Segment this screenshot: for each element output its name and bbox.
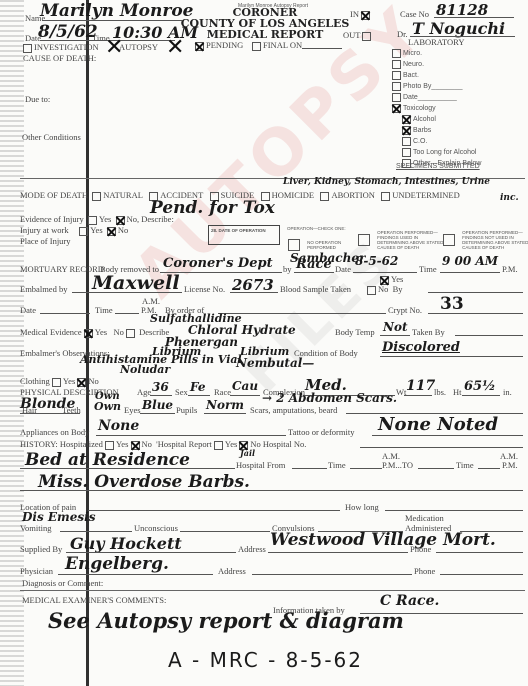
eyes-label: Eyes [124,405,141,415]
race-label: Race [214,387,231,397]
appliances-line [96,435,286,436]
no-label: No [378,284,388,294]
lab-sub-alcohol[interactable]: Alcohol [392,114,481,125]
to-time-line [478,468,500,469]
sex-line [188,395,210,396]
mode-abortion-checkbox[interactable] [320,192,329,201]
mortuary-date-value: 8-5-62 [355,254,398,268]
lab-item-label: Too Long for Alcohol [413,149,476,156]
history-row: HISTORY: Hospitalized Yes No 'Hospital R… [20,439,306,450]
lab-item-neuro[interactable]: Neuro. [392,59,481,70]
age-value: 36 [152,380,169,394]
yes-label: Yes [63,376,75,386]
physician-phone-label: Phone [414,566,435,576]
physician-address-label: Address [218,566,246,576]
height-line [462,395,500,396]
final-on-status: FINAL ON [252,40,302,51]
evidence-no-checkbox[interactable] [116,216,125,225]
mortuary-time-line [440,272,500,273]
case-no-line [434,17,514,18]
lab-checkbox[interactable] [402,148,411,157]
medical-evidence-label: Medical Evidence [20,327,82,337]
hospital-from-line [292,468,327,469]
clothing-row: Clothing Yes No [20,376,99,387]
race-value: Cau [232,379,258,393]
pm-text: P.M. [382,460,398,470]
medication-label: Medication [405,513,444,523]
yes-label: Yes [95,327,107,337]
unconscious-line [180,531,270,532]
operation-option-label: OPERATION PERFORMED—FINDINGS NOT USED IN… [462,230,528,250]
hospitalized-label: Hospitalized [60,439,103,449]
sex-value: Fe [190,380,206,394]
dr-label: Dr. [397,29,408,39]
supplied-by-value: Guy Hockett [70,534,182,553]
supplied-address-line [268,552,408,553]
mode-option-label: HOMICIDE [272,190,315,200]
mortuary-date-line [353,272,417,273]
autopsy-label[interactable]: AUTOPSY [119,42,158,52]
medical-examiner-comments-label: MEDICAL EXAMINER'S COMMENTS: [22,595,166,605]
tattoo-label: Tattoo or deformity [288,427,354,437]
investigation-checkbox[interactable] [23,44,32,53]
lab-item-label: Barbs [413,127,431,134]
lab-sub-too-long[interactable]: Too Long for Alcohol [392,147,481,158]
mode-option-label: UNDETERMINED [392,190,460,200]
operation-check-label: OPERATION—CHECK ONE: [287,226,346,231]
taken-by-line [455,335,523,336]
final-on-line [302,48,342,49]
pm-label: P.M. [502,264,518,274]
due-to-label: Due to: [25,94,50,104]
at-work-no-checkbox[interactable] [107,227,116,236]
operation-option-not-used[interactable]: OPERATION PERFORMED—FINDINGS NOT USED IN… [443,229,528,250]
lab-checkbox[interactable] [392,82,401,91]
blood-no-checkbox[interactable] [367,286,376,295]
diagnosis-label: Diagnosis or Comment: [22,578,103,588]
physician-label: Physician [20,566,53,576]
embalmed-by-label: Embalmed by [20,284,67,294]
to-time-label: Time [456,460,474,470]
left-margin-noise [0,0,24,686]
race-line [230,395,260,396]
no-label: No [88,376,98,386]
hospitalized-yes-checkbox[interactable] [105,441,114,450]
name-value: Marilyn Monroe [40,1,194,21]
hospital-from-label: Hospital From [236,460,285,470]
other-conditions-label: Other Conditions [22,132,81,142]
supplied-phone-line [436,552,523,553]
information-taken-by-value: C Race. [380,593,439,609]
blood-yes-option[interactable]: Yes [380,274,403,285]
pm-label-2: P.M. [502,460,518,470]
physician-phone-line [440,574,523,575]
lab-item-label: C.O. [413,138,427,145]
date-of-operation-label: 28. DATE OF OPERATION [209,226,279,235]
supplied-address-label: Address [238,544,266,554]
blood-no-option[interactable]: No By [367,284,403,295]
final-on-label: FINAL ON [263,40,302,50]
to-line [418,468,454,469]
operation-not-used-checkbox[interactable] [443,234,455,246]
condition-of-body-value: Discolored [382,340,460,355]
no-describe-label: No, Describe: [127,214,174,224]
vomiting-label: Vomiting [20,523,52,533]
by-order-of-line [218,313,386,314]
mode-option-label: ABORTION [331,190,374,200]
evidence-of-injury-row: Evidence of Injury Yes No, Describe: [20,214,174,225]
specimens-submitted-label: SPECIMENS SUBMITTED [396,163,480,170]
drug-nembutal: Nembutal— [236,356,314,370]
how-long-label: How long [345,502,379,512]
operation-option-used[interactable]: OPERATION PERFORMED—FINDINGS USED IN DET… [358,229,445,250]
place-of-injury-label: Place of Injury [20,236,71,246]
appliances-label: Appliances on Body [20,427,89,437]
lab-item-photo-by[interactable]: Photo By________ [392,81,481,92]
hospital-time-line [350,468,382,469]
teeth-label: Teeth [62,405,81,415]
sex-label: Sex [175,387,188,397]
mortuary-date-label: Date [335,264,351,274]
scars-label: Scars, amputations, beard [250,405,337,415]
yes-label: Yes [90,225,102,235]
teeth-value: Own [94,400,121,413]
injury-at-work-label: Injury at work [20,225,69,235]
pupils-line [204,413,246,414]
clothing-yes-checkbox[interactable] [52,378,61,387]
lab-item-label: Date [403,94,418,101]
by-line [294,272,334,273]
history-line1 [20,468,235,469]
laboratory-list: Micro. Neuro. Bact. Photo By________ Dat… [392,48,481,169]
lab-item-micro[interactable]: Micro. [392,48,481,59]
hospitalized-no-checkbox[interactable] [131,441,140,450]
supplied-address-value: Westwood Village Mort. [270,530,496,550]
physician-value: Engelberg. [65,554,169,574]
coroner-medical-report: AUTOPSY FILES Marilyn Monroe Autopsy Rep… [0,0,528,686]
yes-label: Yes [116,439,128,449]
specimens-handwritten: Liver, Kidney, Stomach, Intestines, Urin… [283,177,490,187]
taken-by-label: Taken By [412,327,445,337]
evidence-of-injury-label: Evidence of Injury [20,214,84,224]
hospital-no-line [360,447,523,448]
no-label: No [113,327,123,337]
lab-checkbox[interactable] [402,137,411,146]
yes-label: Yes [391,274,403,284]
lab-item-label: Toxicology [403,105,436,112]
operation-option-label: NO OPERATION PERFORMED [307,240,347,250]
lab-checkbox[interactable] [392,60,401,69]
lbs-label: lbs. [434,387,446,397]
physician-address-line [252,574,412,575]
mortuary-time-label: Time [419,264,437,274]
undetermined-note: inc. [500,193,519,203]
yes-label: Yes [225,439,237,449]
lab-item-date[interactable]: Date__________ [392,92,481,103]
no-label: No [142,439,152,449]
injury-at-work-row: Injury at work Yes No [20,225,128,236]
case-no-label: Case No [400,9,429,19]
license-label: License No. [184,284,225,294]
body-temp-value: Not [383,320,408,334]
history-line1-value: Bed at Residence [25,450,190,470]
mode-natural-checkbox[interactable] [92,192,101,201]
clothing-label: Clothing [20,376,50,386]
evidence-yes-checkbox[interactable] [88,216,97,225]
lab-item-bact[interactable]: Bact. [392,70,481,81]
appliances-value: None [98,418,139,434]
hospital-report-label: Hospital Report [158,439,212,449]
lab-sub-co[interactable]: C.O. [392,136,481,147]
crypt-no-label: Crypt No. [388,305,422,315]
body-removed-value: Coroner's Dept [163,256,273,271]
at-work-yes-checkbox[interactable] [79,227,88,236]
date2-line [40,313,90,314]
tattoo-line [372,435,523,436]
out-field: OUT [343,30,373,41]
lab-item-label: Photo By [403,83,431,90]
final-on-checkbox[interactable] [252,42,261,51]
supplied-phone-label: Phone [410,544,431,554]
time2-label: Time [95,305,113,315]
jail-label: Jail [240,448,255,458]
date2-label: Date [20,305,36,315]
operation-used-checkbox[interactable] [358,234,370,246]
medical-evidence-no-checkbox[interactable] [126,329,135,338]
cause-of-death-label: CAUSE OF DEATH: [23,53,96,63]
hospital-time-label: Time [328,460,346,470]
lab-item-label: Alcohol [413,116,436,123]
in-label: in. [503,387,512,397]
age-line [150,395,172,396]
operation-option-label: OPERATION PERFORMED—FINDINGS USED IN DET… [377,230,445,250]
medical-evidence-row: Medical Evidence Yes No Describe [20,327,169,338]
crypt-no-line [428,313,523,314]
embalmed-by-line [72,292,182,293]
in-field: IN [350,9,372,20]
history-line2-value: Miss. Overdose Barbs. [38,472,250,492]
condition-of-body-line [380,356,523,357]
lab-checkbox[interactable] [392,71,401,80]
pm-label-1: P.M...TO [382,460,413,470]
crypt-no-value: 33 [440,294,464,314]
history-label: HISTORY: [20,439,58,449]
name-line [42,20,182,21]
pending-check-mark-icon: ✕ [166,35,184,60]
vomiting-line [60,531,132,532]
hospital-report-yes-checkbox[interactable] [214,441,223,450]
lab-item-label: Bact. [403,72,419,79]
lab-checkbox[interactable] [392,104,401,113]
pupils-label: Pupils [176,405,197,415]
supplied-by-line [66,552,236,553]
mode-option-label: NATURAL [103,190,143,200]
license-line [230,292,278,293]
date-value: 8/5/62 [38,22,98,42]
report-title: CORONER COUNTY OF LOS ANGELES MEDICAL RE… [175,7,355,40]
to-label: TO [402,460,413,470]
body-temp-label: Body Temp [335,327,375,337]
supplied-by-label: Supplied By [20,544,62,554]
dis-note: Dis Emesis [22,510,95,524]
by-value: Race [296,257,332,272]
mode-undetermined-checkbox[interactable] [381,192,390,201]
blood-sample-label: Blood Sample Taken [280,284,351,294]
tattoo-value: None Noted [378,414,498,435]
investigation-label: INVESTIGATION [34,42,99,52]
time2-line [115,313,139,314]
height-label: Ht [453,387,462,397]
pending-status: PENDING [195,40,243,51]
lab-checkbox[interactable] [392,49,401,58]
body-temp-line [380,335,410,336]
hospital-no-label: Hospital No. [263,439,306,449]
investigation-field: INVESTIGATION [23,42,99,53]
in-checkbox[interactable] [361,11,370,20]
date-of-operation-box[interactable]: 28. DATE OF OPERATION [208,225,280,245]
lab-checkbox[interactable] [402,115,411,124]
mode-of-death-label: MODE OF DEATH [20,190,88,200]
drug-noludar: Noludar [120,363,170,376]
operation-none-checkbox[interactable] [288,239,300,251]
lab-item-label: Micro. [403,50,422,57]
yes-label: Yes [99,214,111,224]
eyes-value: Blue [142,398,173,412]
lab-item-toxicology[interactable]: Toxicology [392,103,481,114]
history-line2 [20,490,523,491]
section-divider-2 [20,590,525,591]
pending-checkbox[interactable] [195,42,204,51]
unconscious-label: Unconscious [134,523,178,533]
eyes-line [140,413,175,414]
weight-value: 117 [406,378,435,394]
height-value: 65½ [464,379,496,394]
title-line-3: MEDICAL REPORT [175,29,355,40]
lab-item-label: Neuro. [403,61,424,68]
no-label: No [118,225,128,235]
pupils-value: Norm [206,398,244,412]
laboratory-title: LABORATORY [408,37,465,47]
location-of-pain-line [88,510,340,511]
lab-sub-barbs[interactable]: Barbs [392,125,481,136]
medical-evidence-yes-checkbox[interactable] [84,329,93,338]
in-label: IN [350,9,359,19]
scars-value: → 2 Abdomen Scars. [262,391,397,405]
pending-label: PENDING [206,40,243,50]
weight-line [404,395,432,396]
out-checkbox[interactable] [362,32,371,41]
blood-by-label: By [393,284,403,294]
by-label: by [283,264,292,274]
embalmed-by-value: Maxwell [92,272,180,294]
clothing-no-checkbox[interactable] [77,378,86,387]
examiner-comment: See Autopsy report & diagram [48,608,404,633]
mortuary-time-value: 9 00 AM [442,254,498,268]
lab-checkbox[interactable] [402,126,411,135]
how-long-line [385,510,523,511]
physician-line [58,574,213,575]
blood-by-line [428,292,523,293]
examiner-stamp: A - MRC - 8-5-62 [168,648,363,672]
lab-checkbox[interactable] [392,93,401,102]
out-label: OUT [343,30,360,40]
